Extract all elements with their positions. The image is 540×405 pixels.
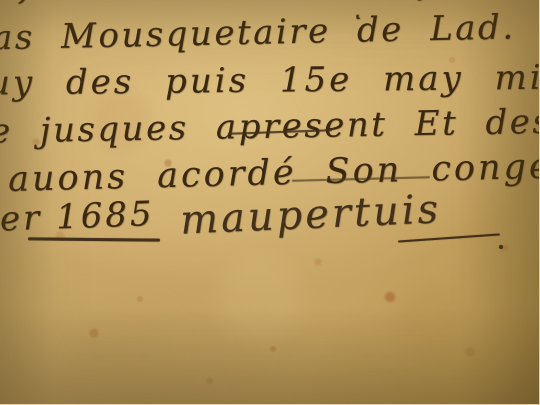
handwritten-line-2: uy des puis 15e may mile six [0, 56, 540, 103]
signature-flourish-dot [499, 245, 503, 249]
handwritten-date-line: ier 1685 [0, 194, 155, 240]
manuscript-photo: ʼ ͺ ʾ as Mousquetaire de Lad. Co uy des … [0, 0, 540, 405]
